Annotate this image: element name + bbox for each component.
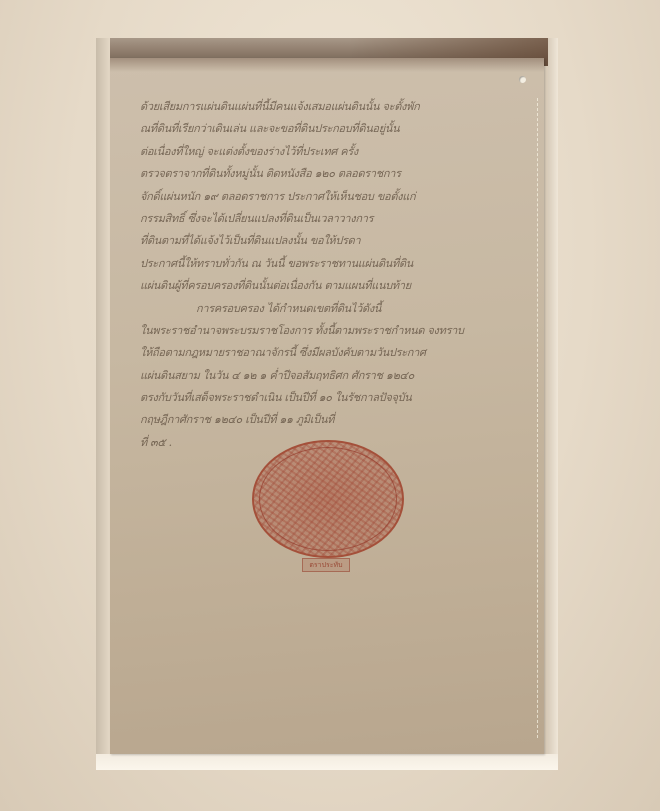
frame-right-bevel [548, 38, 558, 770]
punch-hole [519, 76, 526, 83]
text-line: ให้ถือตามกฎหมายราชอาณาจักรนี้ ซึ่งมีผลบั… [140, 342, 530, 364]
text-line: จักดิ์แผ่นหนัก ๑๙ ตลอดราชการ ประกาศให้เห… [140, 186, 530, 208]
text-line: ที่ดินตามที่ได้แจ้งไว้เป็นที่ดินแปลงนั้น… [140, 230, 530, 252]
text-line: ณที่ดินที่เรียกว่าเดินเล่น และจะขอที่ดิน… [140, 118, 530, 140]
text-line: ประกาศนี้ให้ทราบทั่วกัน ณ วันนี้ ขอพระรา… [140, 253, 530, 275]
royal-seal-icon [252, 440, 404, 558]
text-line: ต่อเนื่องที่ใหญ่ จะแต่งตั้งของร่างไว้ที่… [140, 141, 530, 163]
handwritten-text: ด้วยเสียมการแผ่นดินแผ่นที่นี้มีคนแจ้งเสม… [140, 96, 530, 454]
seal-label: ตราประทับ [302, 558, 350, 572]
frame-left-bevel [96, 38, 110, 770]
torn-right-edge [531, 98, 538, 738]
text-line: ตรวจตราจากที่ดินทั้งหมู่นั้น ติดหนังสือ … [140, 163, 530, 185]
text-line: ด้วยเสียมการแผ่นดินแผ่นที่นี้มีคนแจ้งเสม… [140, 96, 530, 118]
text-line: กฤษฎีกาศักราช ๑๒๔๐ เป็นปีที่ ๑๑ ภูมิเป็น… [140, 409, 530, 431]
document-paper: ด้วยเสียมการแผ่นดินแผ่นที่นี้มีคนแจ้งเสม… [110, 58, 544, 754]
text-line: ในพระราชอำนาจพระบรมราชโองการ ทั้งนี้ตามพ… [140, 320, 530, 342]
text-line: ตรงกับวันที่เสด็จพระราชดำเนิน เป็นปีที่ … [140, 387, 530, 409]
text-line: แผ่นดินสยาม ในวัน ๔ ๑๒ ๑ ค่ำปีจอสัมฤทธิศ… [140, 365, 530, 387]
text-line: แผ่นดินผู้ที่ครอบครองที่ดินนั้นต่อเนื่อง… [140, 275, 530, 297]
frame-bottom-bevel [96, 754, 558, 770]
text-line: การครอบครอง ได้กำหนดเขตที่ดินไว้ดังนี้ [140, 298, 530, 320]
text-line: กรรมสิทธิ์ ซึ่งจะได้เปลี่ยนแปลงที่ดินเป็… [140, 208, 530, 230]
